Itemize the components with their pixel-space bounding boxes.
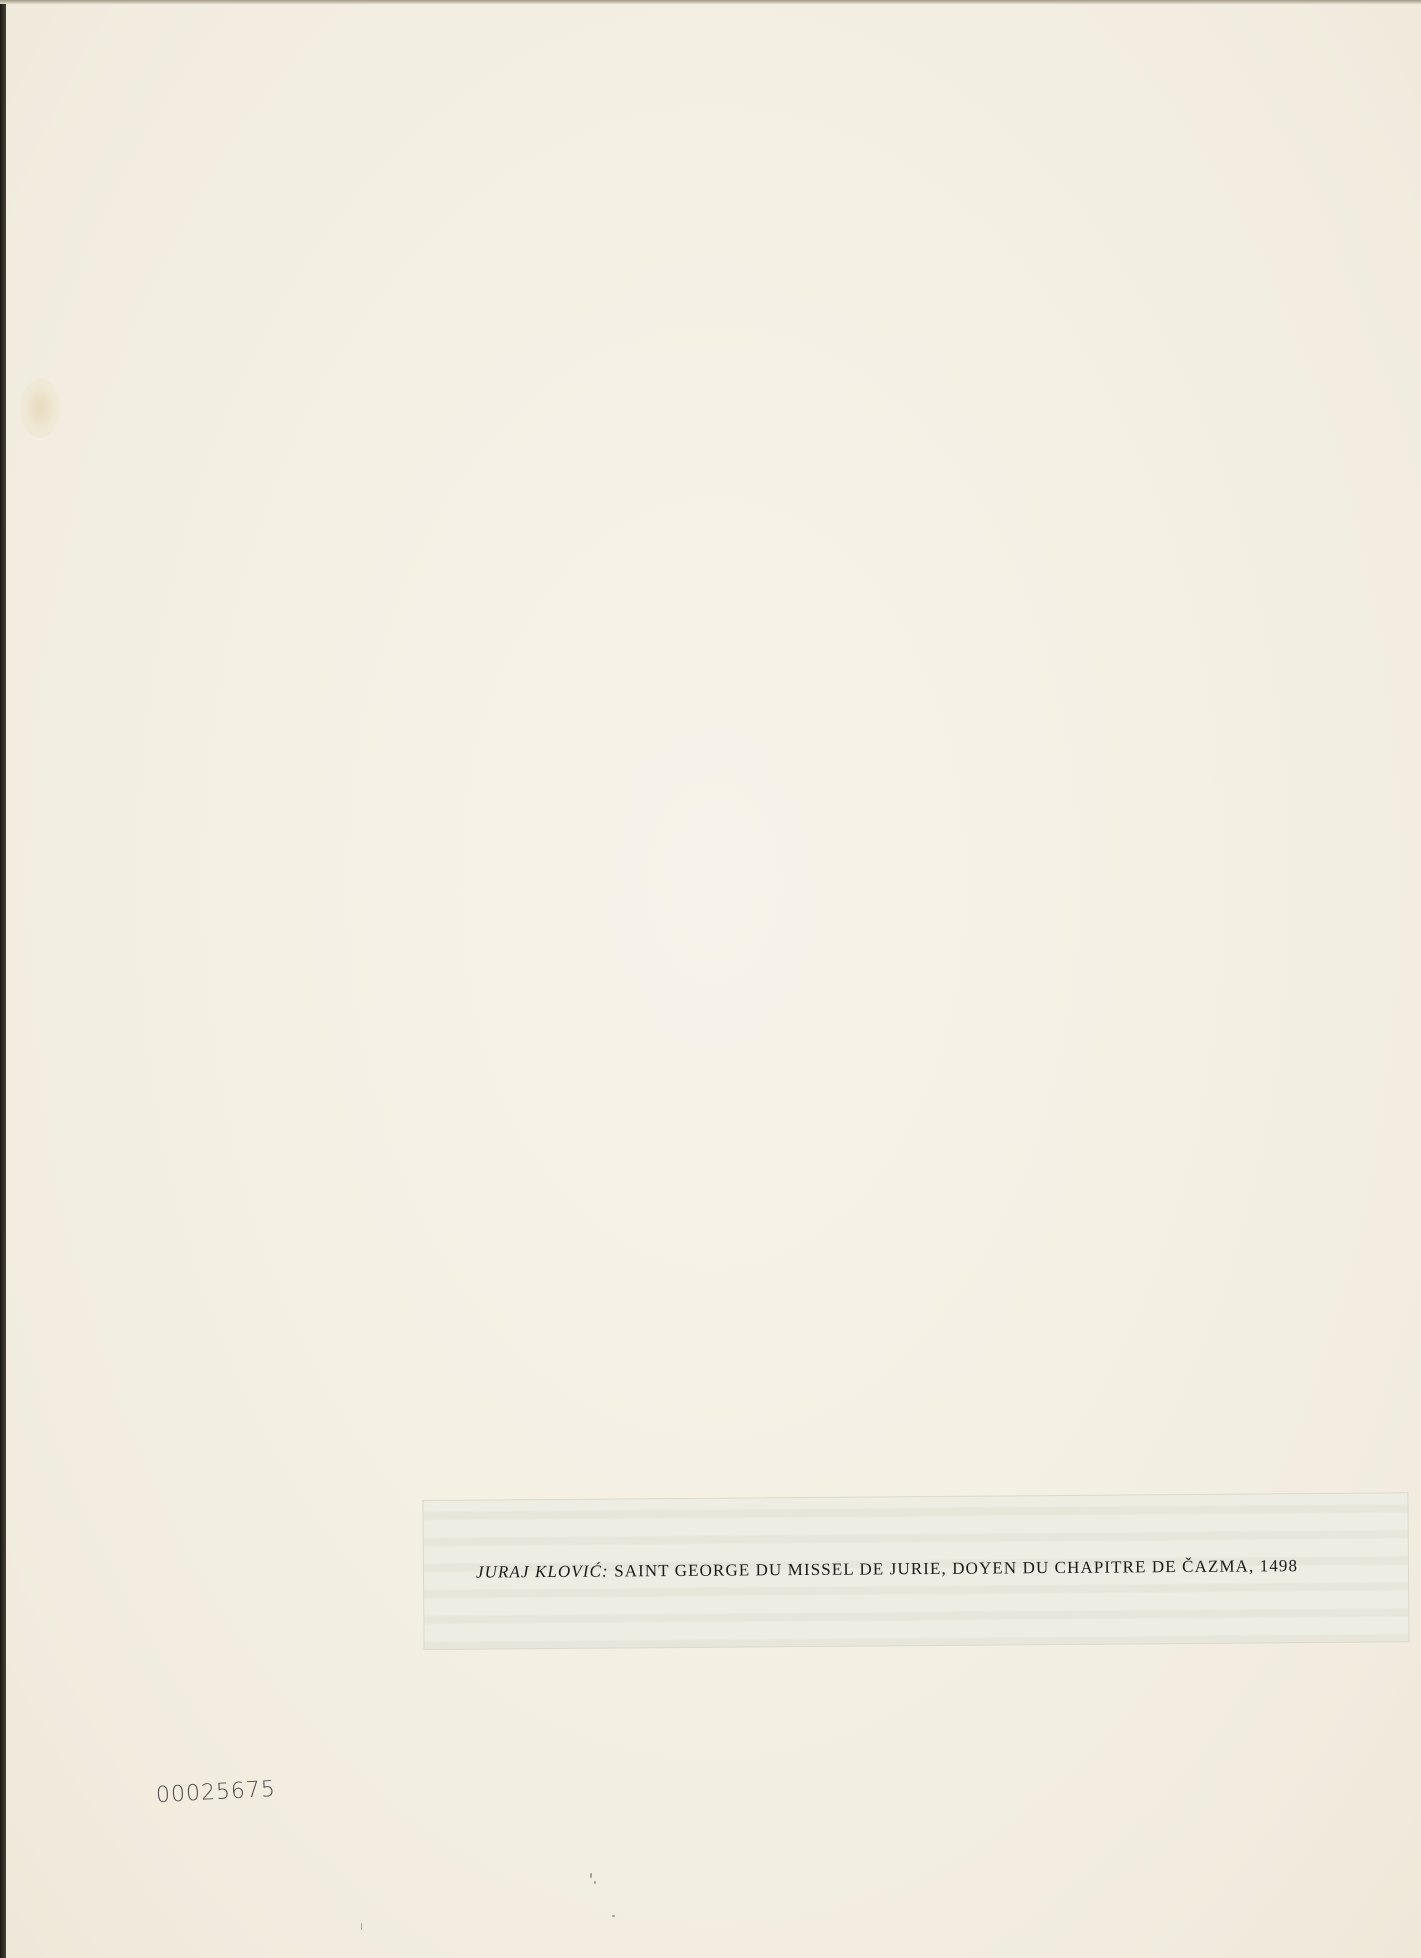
- inventory-number: 00025675: [155, 1777, 276, 1808]
- scan-top-edge: [0, 0, 1421, 4]
- foxing-stain: [20, 378, 60, 438]
- caption-title: SAINT GEORGE DU MISSEL DE JURIE, DOYEN D…: [614, 1556, 1298, 1580]
- caption-author: JURAJ KLOVIĆ:: [476, 1562, 609, 1582]
- caption-strip: JURAJ KLOVIĆ: SAINT GEORGE DU MISSEL DE …: [422, 1492, 1409, 1650]
- dust-speck: [361, 1923, 362, 1930]
- dust-speck: [590, 1873, 592, 1878]
- dust-speck: [612, 1915, 615, 1917]
- dust-speck: [594, 1881, 596, 1884]
- paper-page: JURAJ KLOVIĆ: SAINT GEORGE DU MISSEL DE …: [6, 3, 1421, 1958]
- scan-left-edge: [0, 0, 6, 1958]
